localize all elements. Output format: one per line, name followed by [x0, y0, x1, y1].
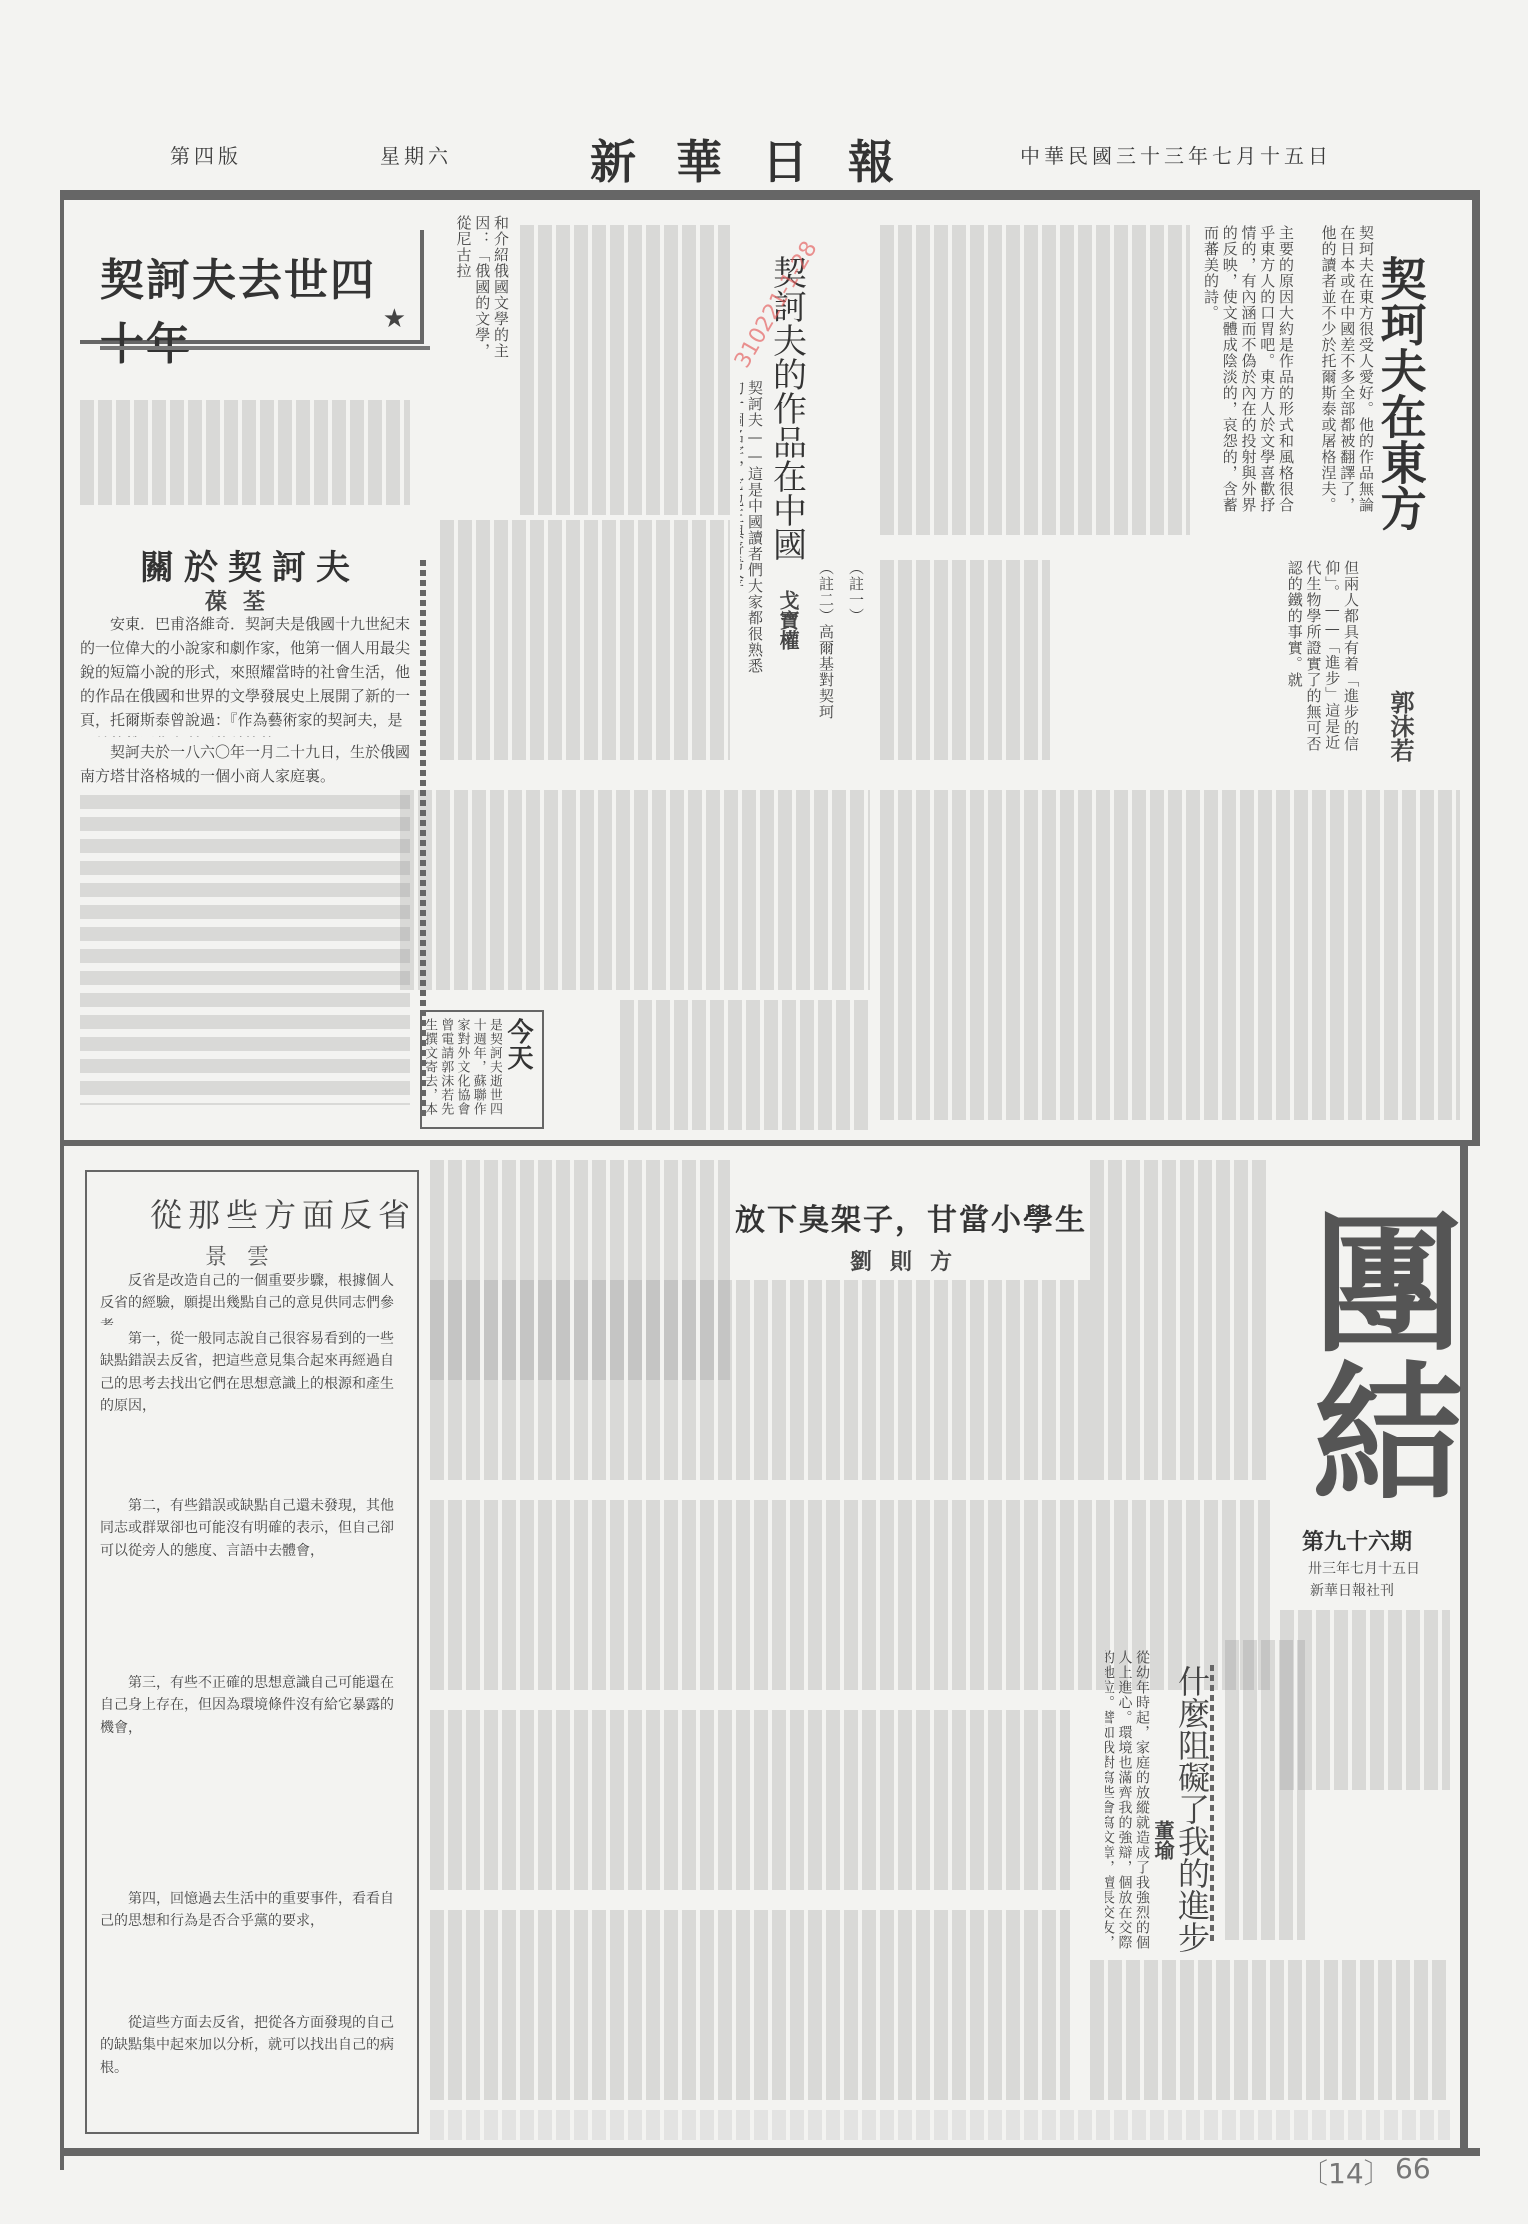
article-dong-title: 什麼阻礙了我的進步: [1172, 1665, 1212, 1955]
newspaper-title: 新華日報: [590, 126, 934, 192]
bottom-row-text: [430, 2110, 1450, 2140]
banner-box: 契訶夫去世四十年 ★: [80, 230, 424, 344]
article-liu-title: 放下臭架子，甘當小學生: [735, 1195, 1087, 1239]
article-guo-para2: 主要的原因大約是作品的形式和風格很合乎東方人的口胃吧。東方人於文學喜歡抒情的，有…: [1195, 225, 1295, 525]
article-dong-body-columns: [1090, 1960, 1450, 2100]
article-ge-note1: （註一）: [845, 560, 865, 624]
supplement-calligraphy-title: 團結: [1300, 1205, 1450, 1505]
notice-title: 今天: [502, 1018, 535, 1070]
article-ge-author: 戈寶權: [775, 590, 800, 650]
weekday-label: 星期六: [380, 140, 452, 169]
article-guo-title: 契珂夫在東方: [1375, 255, 1426, 585]
right-frame-rule: [1472, 190, 1480, 1140]
article-guo-para3: 但兩人都具有着「進步的信仰」。——「進步」這是近代生物學所證實了的無可否認的鐵的…: [1060, 560, 1360, 760]
article-jing-para5: 第四，回憶過去生活中的重要事件，看看自己的思想和行為是否合乎黨的要求，: [100, 1888, 405, 2008]
article-guo-body-columns-3: [880, 790, 1460, 1120]
article-jing-title: 從那些方面反省: [150, 1190, 416, 1236]
bottom-rule: [60, 2148, 1480, 2156]
article-liu-body-columns-5: [430, 1710, 1070, 1890]
article-ge-note2: （註二）高爾基對契珂: [815, 560, 835, 720]
section-divider-rule: [60, 1140, 1480, 1146]
page-index: 〔14〕: [1300, 2152, 1392, 2192]
article-guo-lead: 契珂夫在東方很受人愛好。他的作品無論在日本或在中國差不多全部都被翻譯了，他的讀者…: [1295, 225, 1375, 525]
date-label: 中華民國三十三年七月十五日: [1020, 140, 1332, 169]
notice-box: 今天 是契訶夫逝世四十週年，蘇聯作家對外文化協會曾電請郭沫若先生撰文寄去，本刊發…: [420, 1010, 544, 1129]
article-ge-body-columns-2: [440, 520, 730, 760]
left-frame-rule: [60, 190, 64, 2170]
supplement-side-columns: [1280, 1610, 1450, 1790]
supplement-date: 卅三年七月十五日: [1308, 1558, 1420, 1578]
article-liu-body-columns-4: [1090, 1160, 1270, 1480]
article-ge-lead: 契訶夫——這是中國讀者們大家都很熟悉的一個名字，它也正與普希金: [740, 380, 764, 680]
star-icon: ★: [383, 304, 406, 334]
article-ge-body-columns-4: [620, 1000, 870, 1130]
left-column-text-top: [80, 400, 410, 505]
article-dong-author: 董瑜: [1150, 1820, 1175, 1860]
article-zhou-para2: 契訶夫於一八六〇年一月二十九日，生於俄國南方塔甘洛格城的一個小商人家庭裏。: [80, 740, 410, 790]
article-jing-para2: 第一，從一般同志說自己很容易看到的一些缺點錯誤去反省，把這些意見集合起來再經過自…: [100, 1328, 405, 1488]
notice-text: 是契訶夫逝世四十週年，蘇聯作家對外文化協會曾電請郭沫若先生撰文寄去，本刊發表的這…: [426, 1018, 502, 1118]
article-ge-body-columns-3: [400, 790, 870, 990]
article-guo-author: 郭沫若: [1385, 690, 1415, 762]
article-jing-para3: 第二，有些錯誤或缺點自己還未發現，其他同志或群眾卻也可能沒有明確的表示，但自己卻…: [100, 1495, 405, 1665]
article-dong-side-columns: [1225, 1640, 1305, 1940]
article-ge-body-columns: [520, 225, 730, 515]
article-liu-author: 劉則方: [850, 1245, 970, 1276]
intro-column: 和介紹俄國文學的主因：「俄國的文學，從尼古拉: [450, 215, 510, 365]
article-liu-body-columns-6: [430, 1910, 1070, 2100]
edition-label: 第四版: [170, 140, 242, 169]
article-zhou-title: 關於契訶夫: [140, 540, 360, 589]
supplement-publisher: 新華日報社刊: [1310, 1580, 1394, 1600]
top-rule: [60, 190, 1480, 200]
article-zhou-body: [80, 795, 410, 1105]
banner-title: 契訶夫去世四十年: [100, 244, 420, 372]
page-number: 66: [1395, 2152, 1431, 2185]
supplement-issue: 第九十六期: [1302, 1525, 1412, 1556]
article-guo-body-columns: [880, 225, 1190, 535]
article-jing-para6: 從這些方面去反省，把從各方面發現的自己的缺點集中起來加以分析，就可以找出自己的病…: [100, 2012, 405, 2122]
article-guo-body-columns-2: [880, 560, 1050, 760]
article-jing-para4: 第三，有些不正確的思想意識自己可能還在自己身上存在，但因為環境條件沒有給它暴露的…: [100, 1672, 405, 1882]
article-zhou-para1: 安東．巴甫洛維奇．契訶夫是俄國十九世紀末的一位偉大的小說家和劇作家，他第一個人用…: [80, 612, 410, 737]
article-jing-author: 景雲: [205, 1240, 289, 1271]
article-dong-lead: 從幼年時起，家庭的放縱就造成了我強烈的個人上進心。環境也滿齊我的強辯，個放在交際…: [1105, 1650, 1150, 1950]
article-liu-body-columns-2: [430, 1280, 1090, 1480]
article-jing-para1: 反省是改造自己的一個重要步驟，根據個人反省的經驗，願提出幾點自己的意見供同志們參…: [100, 1270, 405, 1325]
banner-underline: [100, 346, 430, 350]
